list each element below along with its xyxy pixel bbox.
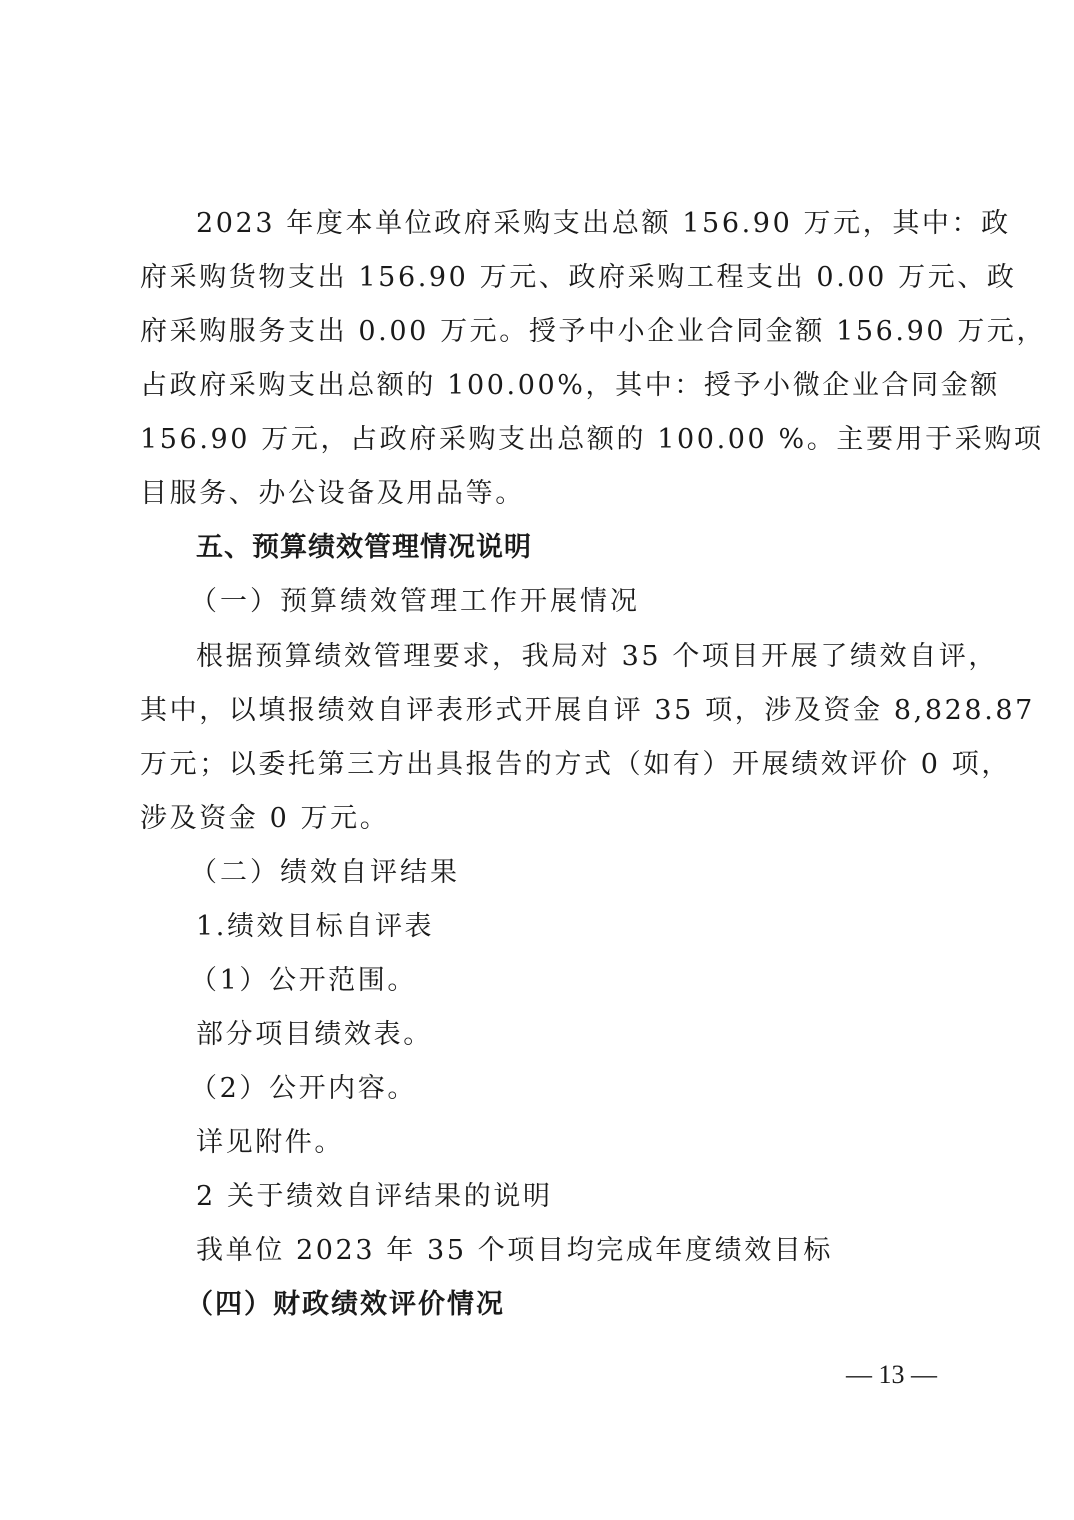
procurement-paragraph-line-3: 府采购服务支出 0.00 万元。授予中小企业合同金额 156.90 万元， xyxy=(140,315,940,349)
performance-paragraph-line-3: 万元；以委托第三方出具报告的方式（如有）开展绩效评价 0 项， xyxy=(140,748,940,782)
item-1-1-heading: （1）公开范围。 xyxy=(190,964,990,998)
page-number: — 13 — xyxy=(846,1360,937,1390)
performance-paragraph-line-2: 其中，以填报绩效自评表形式开展自评 35 项，涉及资金 8,828.87 xyxy=(140,694,940,728)
subsection-1-heading: （一）预算绩效管理工作开展情况 xyxy=(190,585,990,619)
item-2-text: 我单位 2023 年 35 个项目均完成年度绩效目标 xyxy=(196,1234,996,1268)
subsection-2-heading: （二）绩效自评结果 xyxy=(190,856,990,890)
procurement-paragraph-line-6: 目服务、办公设备及用品等。 xyxy=(140,477,940,511)
section-5-heading: 五、预算绩效管理情况说明 xyxy=(196,531,996,565)
procurement-paragraph-line-2: 府采购货物支出 156.90 万元、政府采购工程支出 0.00 万元、政 xyxy=(140,261,940,295)
procurement-paragraph-line-5: 156.90 万元，占政府采购支出总额的 100.00 %。主要用于采购项 xyxy=(140,423,940,457)
procurement-paragraph-line-1: 2023 年度本单位政府采购支出总额 156.90 万元，其中：政 xyxy=(196,207,996,241)
performance-paragraph-line-4: 涉及资金 0 万元。 xyxy=(140,802,940,836)
subsection-4-heading: （四）财政绩效评价情况 xyxy=(186,1288,986,1322)
item-2-heading: 2 关于绩效自评结果的说明 xyxy=(196,1180,996,1214)
document-page: 2023 年度本单位政府采购支出总额 156.90 万元，其中：政 府采购货物支… xyxy=(0,0,1074,1520)
performance-paragraph-line-1: 根据预算绩效管理要求，我局对 35 个项目开展了绩效自评， xyxy=(196,640,996,674)
item-1-2-text: 详见附件。 xyxy=(196,1126,996,1160)
item-1-2-heading: （2）公开内容。 xyxy=(190,1072,990,1106)
procurement-paragraph-line-4: 占政府采购支出总额的 100.00%，其中：授予小微企业合同金额 xyxy=(140,369,940,403)
item-1-1-text: 部分项目绩效表。 xyxy=(196,1018,996,1052)
item-1-heading: 1.绩效目标自评表 xyxy=(196,910,996,944)
